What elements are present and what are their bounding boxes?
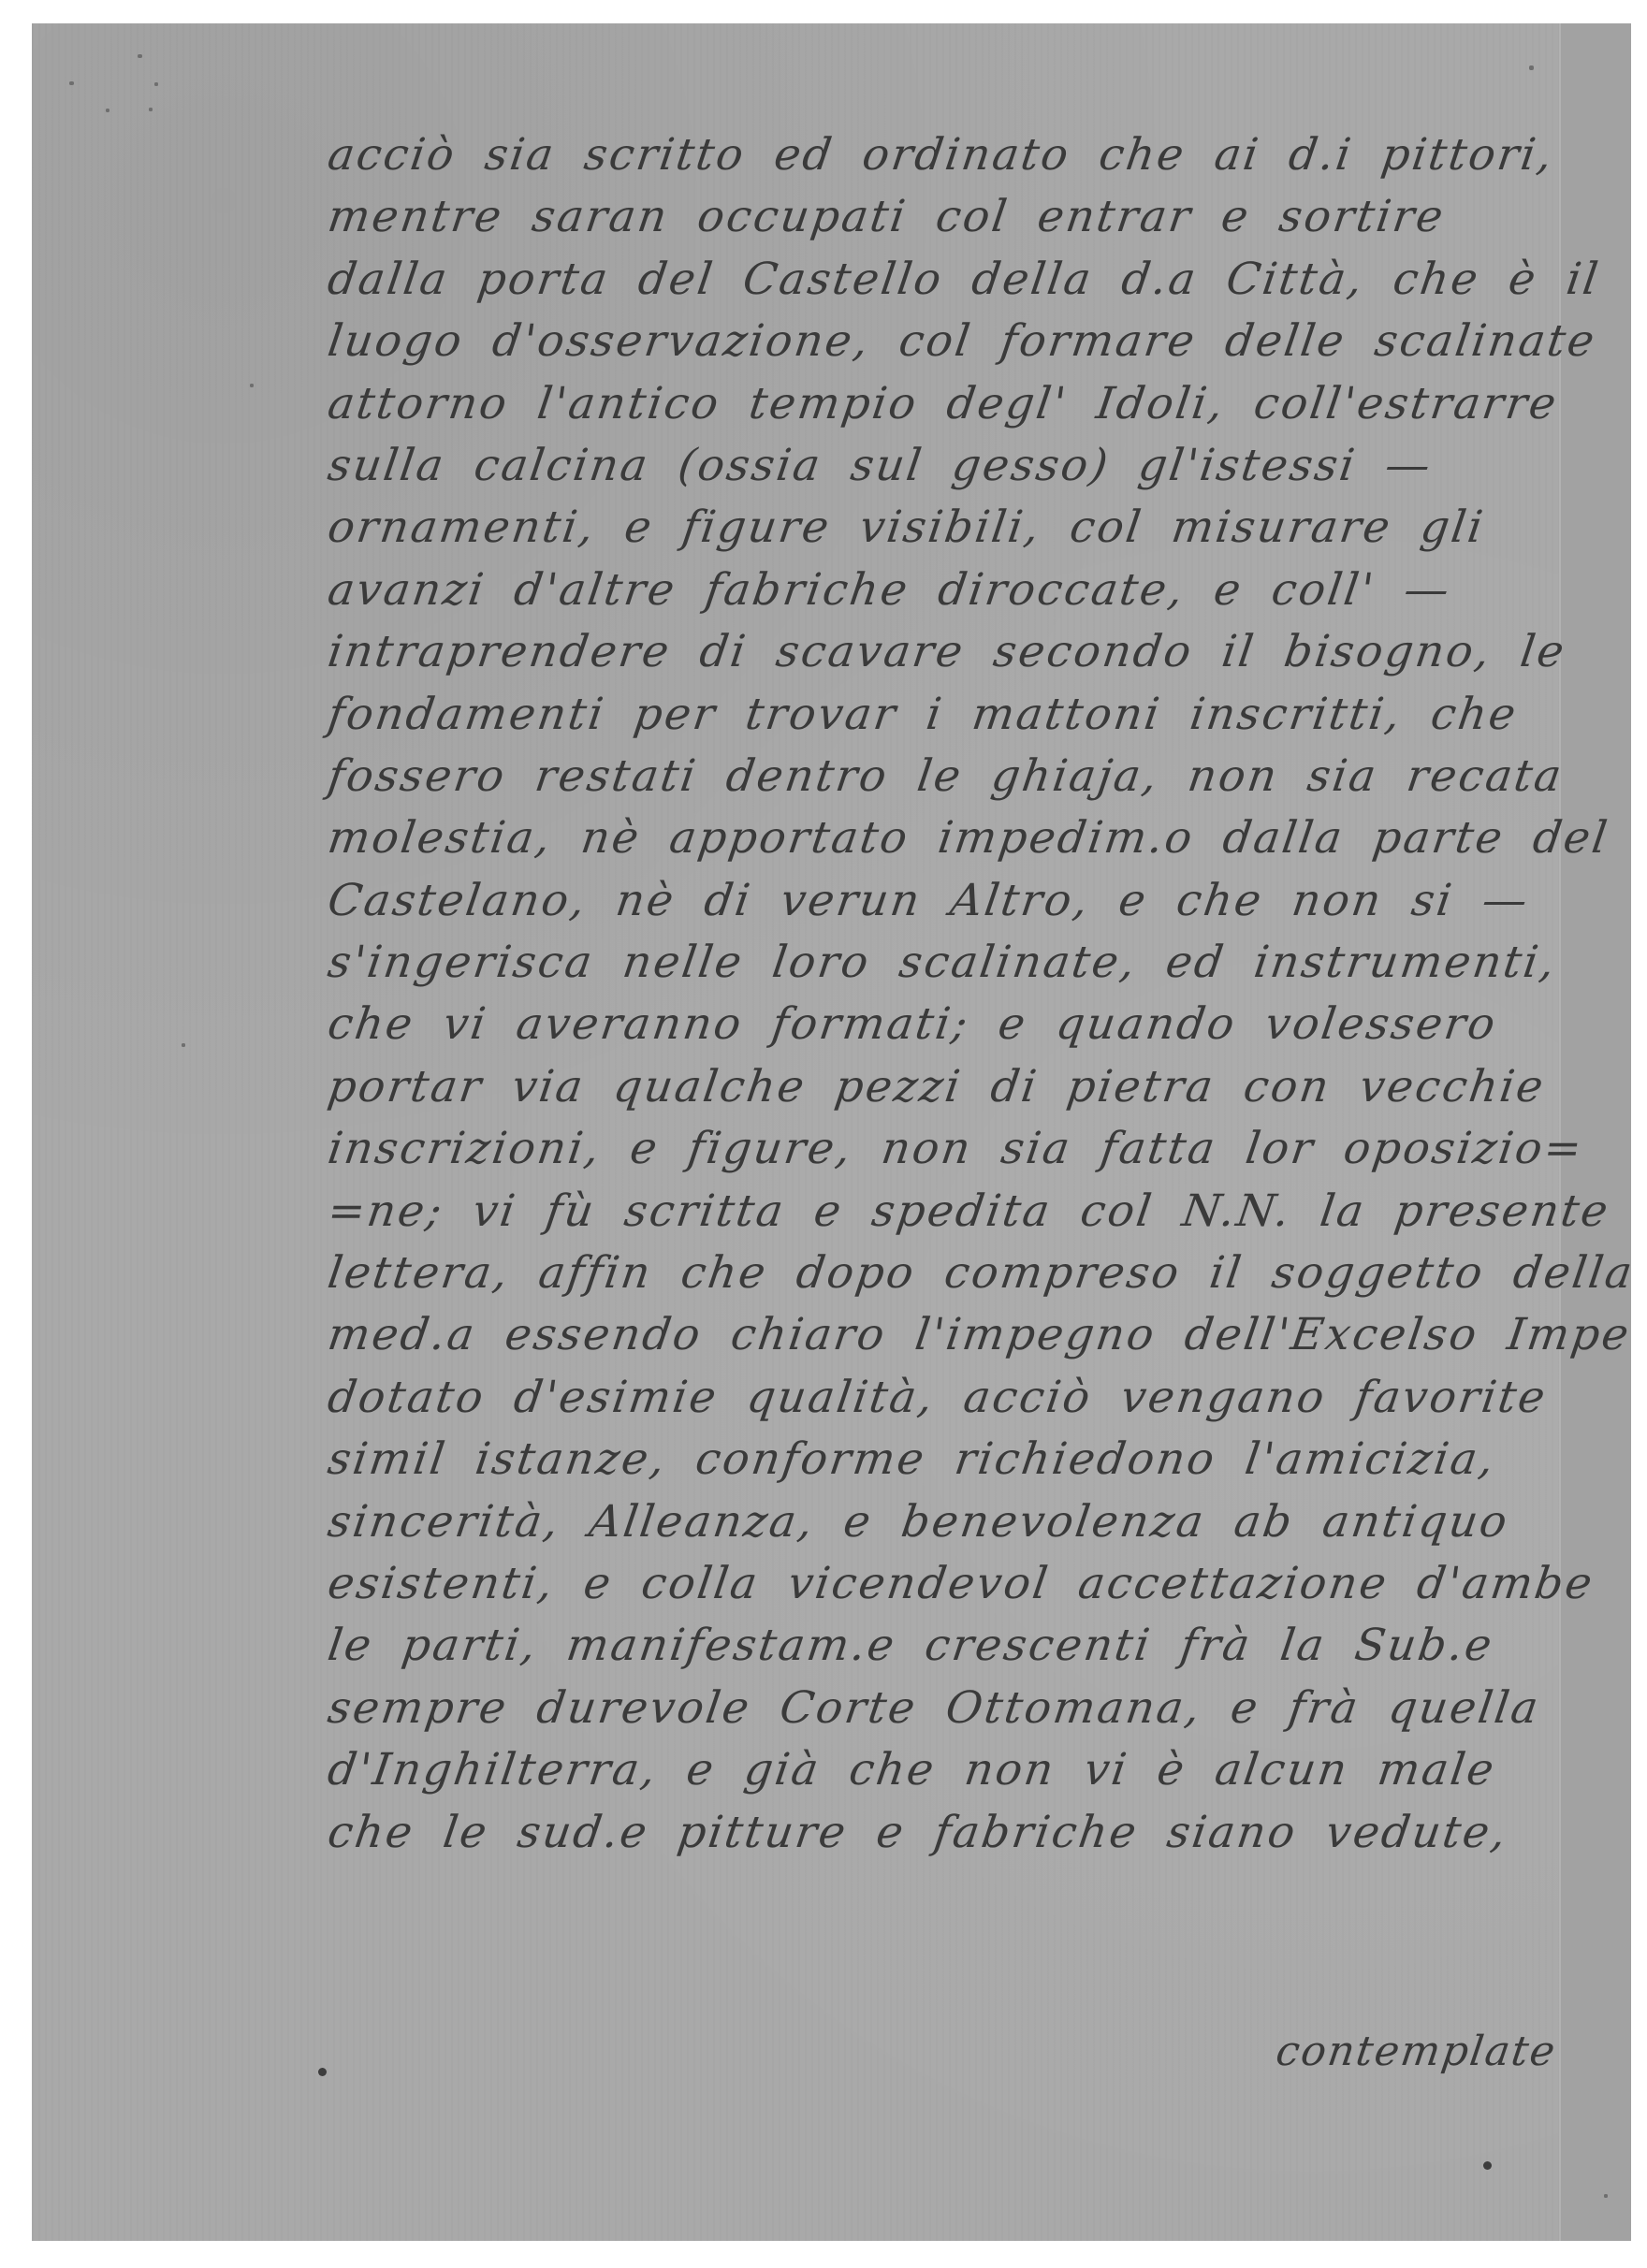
manuscript-line-27: d'Inghilterra, e già che non vi è alcun … [324,1739,1586,1801]
paper-speck [69,81,74,85]
manuscript-line-11: fossero restati dentro le ghiaja, non si… [324,746,1586,807]
manuscript-line-17: inscrizioni, e figure, non sia fatta lor… [324,1118,1586,1180]
manuscript-line-18: =ne; vi fù scritta e spedita col N.N. la… [324,1181,1586,1243]
paper-speck [138,54,142,58]
manuscript-line-20: med.a essendo chiaro l'impegno dell'Exce… [324,1304,1586,1366]
manuscript-line-9: intraprendere di scavare secondo il biso… [324,621,1586,683]
manuscript-line-24: esistenti, e colla vicendevol accettazio… [324,1553,1586,1615]
paper-speck [1529,65,1534,70]
manuscript-line-14: s'ingerisca nelle loro scalinate, ed ins… [324,932,1586,994]
manuscript-line-6: sulla calcina (ossia sul gesso) gl'istes… [324,435,1586,497]
manuscript-line-13: Castelano, nè di verun Altro, e che non … [324,870,1586,932]
manuscript-line-5: attorno l'antico tempio degl' Idoli, col… [324,373,1586,435]
manuscript-line-12: molestia, nè apportato impedim.o dalla p… [324,807,1586,869]
paper-speck [182,1043,185,1047]
manuscript-line-16: portar via qualche pezzi di pietra con v… [324,1056,1586,1118]
ink-spot [318,2068,327,2076]
paper-speck [149,108,153,111]
manuscript-text-block: acciò sia scritto ed ordinato che ai d.i… [324,124,1578,1864]
manuscript-line-25: le parti, manifestam.e crescenti frà la … [324,1615,1586,1677]
manuscript-line-19: lettera, affin che dopo compreso il sogg… [324,1243,1586,1304]
manuscript-line-28: che le sud.e pitture e fabriche siano ve… [324,1802,1586,1864]
paper-speck [250,384,254,387]
manuscript-line-10: fondamenti per trovar i mattoni inscritt… [324,684,1586,746]
paper-speck [1604,2194,1608,2198]
paper-speck [154,82,158,86]
manuscript-line-7: ornamenti, e figure visibili, col misura… [324,497,1586,559]
manuscript-line-3: dalla porta del Castello della d.a Città… [324,249,1586,311]
manuscript-line-8: avanzi d'altre fabriche diroccate, e col… [324,560,1586,621]
catchword: contemplate [1273,2028,1559,2075]
paper-speck [106,109,109,112]
manuscript-page: acciò sia scritto ed ordinato che ai d.i… [32,23,1631,2241]
manuscript-line-21: dotato d'esimie qualità, acciò vengano f… [324,1367,1586,1429]
manuscript-line-26: sempre durevole Corte Ottomana, e frà qu… [324,1678,1586,1739]
manuscript-line-22: simil istanze, conforme richiedono l'ami… [324,1429,1586,1490]
manuscript-line-23: sincerità, Alleanza, e benevolenza ab an… [324,1491,1586,1553]
ink-spot [1483,2161,1492,2170]
manuscript-line-1: acciò sia scritto ed ordinato che ai d.i… [324,124,1586,186]
manuscript-line-2: mentre saran occupati col entrar e sorti… [324,186,1586,248]
manuscript-line-4: luogo d'osservazione, col formare delle … [324,311,1586,372]
manuscript-line-15: che vi averanno formati; e quando voless… [324,994,1586,1055]
